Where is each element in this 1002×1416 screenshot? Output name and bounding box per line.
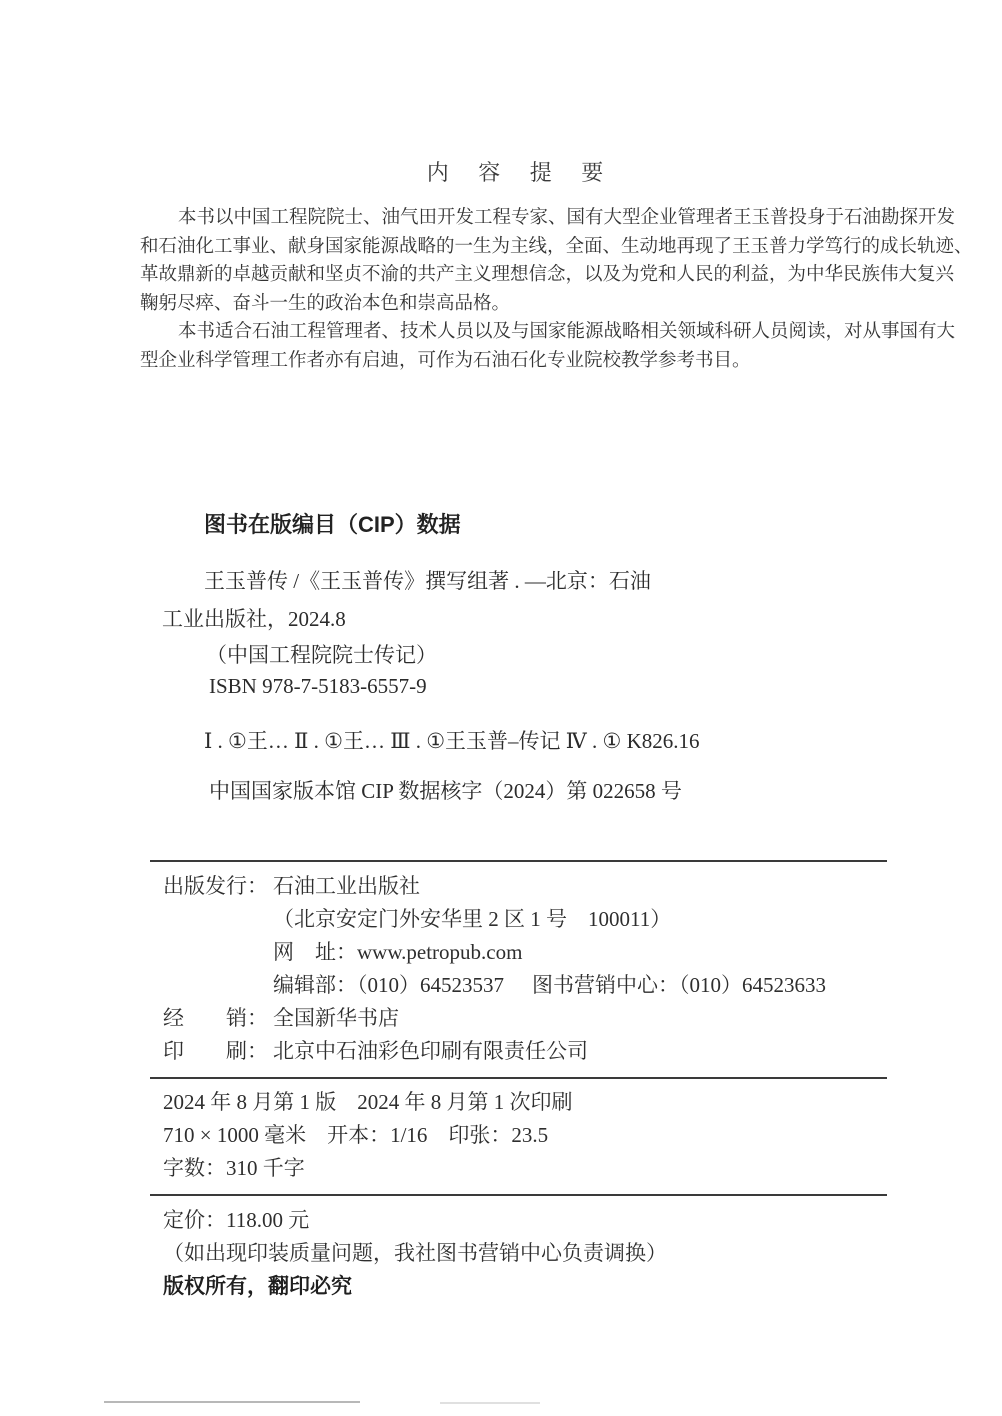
publisher-website-row: 网 址：www.petropub.com xyxy=(163,936,887,969)
summary-paragraph1-line4: 鞠躬尽瘁、奋斗一生的政治本色和崇高品格。 xyxy=(140,290,890,319)
summary-paragraph1-line3: 革故鼎新的卓越贡献和坚贞不渝的共产主义理想信念，以及为党和人民的利益，为中华民族… xyxy=(140,261,890,290)
edition-block: 2024 年 8 月第 1 版 2024 年 8 月第 1 次印刷 710 × … xyxy=(150,1077,887,1194)
publisher-address: （北京安定门外安华里 2 区 1 号 100011） xyxy=(273,903,671,936)
cip-section: 图书在版编目（CIP）数据 王玉普传 /《王玉普传》撰写组著 . —北京：石油 … xyxy=(162,508,902,818)
price-line: 定价：118.00 元 xyxy=(163,1204,887,1237)
distribution-label: 经 销： xyxy=(163,1002,273,1035)
cip-heading: 图书在版编目（CIP）数据 xyxy=(204,508,461,539)
price-block: 定价：118.00 元 （如出现印装质量问题，我社图书营销中心负责调换） 版权所… xyxy=(150,1194,887,1312)
scan-artifact-line xyxy=(104,1401,360,1403)
distribution-value: 全国新华书店 xyxy=(273,1002,399,1035)
publisher-name: 石油工业出版社 xyxy=(273,870,420,903)
summary-paragraph1-line2: 和石油化工事业、献身国家能源战略的一生为主线，全面、生动地再现了王玉普力学笃行的… xyxy=(140,233,890,262)
phones-row: 编辑部：（010）64523537 图书营销中心：（010）64523633 xyxy=(163,969,887,1002)
publisher-label: 出版发行： xyxy=(163,870,273,903)
quality-notice-line: （如出现印装质量问题，我社图书营销中心负责调换） xyxy=(163,1237,887,1270)
format-sheets-line: 710 × 1000 毫米 开本：1/16 印张：23.5 xyxy=(163,1119,887,1152)
cip-record-line1: 王玉普传 /《王玉普传》撰写组著 . —北京：石油 xyxy=(204,565,651,595)
cip-registry-number: 中国国家版本馆 CIP 数据核字（2024）第 022658 号 xyxy=(209,775,682,805)
cip-record-line2: 工业出版社，2024.8 xyxy=(162,603,346,633)
copyright-notice: 版权所有，翻印必究 xyxy=(163,1270,887,1303)
distribution-row: 经 销： 全国新华书店 xyxy=(163,1002,887,1035)
publisher-address-row: （北京安定门外安华里 2 区 1 号 100011） xyxy=(163,903,887,936)
colophon-section: 出版发行： 石油工业出版社 （北京安定门外安华里 2 区 1 号 100011）… xyxy=(150,860,887,1312)
editorial-phone: 编辑部：（010）64523537 xyxy=(273,969,504,1002)
cip-classification: Ⅰ . ①王… Ⅱ . ①王… Ⅲ . ①王玉普–传记 Ⅳ . ① K826.1… xyxy=(204,725,700,755)
summary-paragraph2-line2: 型企业科学管理工作者亦有启迪，可作为石油石化专业院校教学参考书目。 xyxy=(140,347,890,376)
publisher-row: 出版发行： 石油工业出版社 xyxy=(163,870,887,903)
scan-artifact-line-faint xyxy=(440,1402,540,1404)
printing-label: 印 刷： xyxy=(163,1035,273,1068)
publisher-website: 网 址：www.petropub.com xyxy=(273,936,522,969)
edition-printing-line: 2024 年 8 月第 1 版 2024 年 8 月第 1 次印刷 xyxy=(163,1086,887,1119)
cip-series-note: （中国工程院院士传记） xyxy=(206,639,437,669)
marketing-phone: 图书营销中心：（010）64523633 xyxy=(532,969,826,1002)
word-count-line: 字数：310 千字 xyxy=(163,1152,887,1185)
copyright-page: 内 容 提 要 本书以中国工程院院士、油气田开发工程专家、国有大型企业管理者王玉… xyxy=(0,0,1002,1416)
printing-value: 北京中石油彩色印刷有限责任公司 xyxy=(273,1035,588,1068)
publication-block: 出版发行： 石油工业出版社 （北京安定门外安华里 2 区 1 号 100011）… xyxy=(150,860,887,1077)
summary-title: 内 容 提 要 xyxy=(140,156,890,187)
printing-row: 印 刷： 北京中石油彩色印刷有限责任公司 xyxy=(163,1035,887,1068)
summary-paragraph1-line1: 本书以中国工程院院士、油气田开发工程专家、国有大型企业管理者王玉普投身于石油勘探… xyxy=(140,204,890,233)
summary-paragraph2-line1: 本书适合石油工程管理者、技术人员以及与国家能源战略相关领域科研人员阅读，对从事国… xyxy=(140,318,890,347)
content-summary-section: 内 容 提 要 本书以中国工程院院士、油气田开发工程专家、国有大型企业管理者王玉… xyxy=(140,156,890,375)
isbn-number: ISBN 978-7-5183-6557-9 xyxy=(209,674,427,699)
